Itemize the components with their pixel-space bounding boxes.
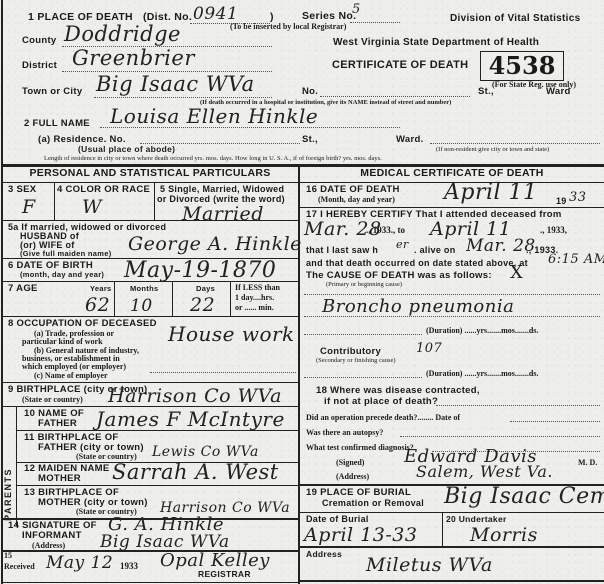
death-certificate: 1 PLACE OF DEATH (Dist. No. 0941 ) Serie… — [0, 0, 604, 584]
town-label: Town or City — [22, 86, 82, 97]
inserted-note: (To be inserted by local Registrar) — [230, 22, 346, 31]
date-of-death: April 11 — [444, 180, 538, 205]
certificate-title: CERTIFICATE OF DEATH — [332, 59, 468, 71]
contributory-value: 107 — [416, 341, 442, 356]
sex-value: F — [22, 196, 36, 218]
undertaker-address: Miletus WVa — [366, 554, 493, 576]
father-birthplace-value: Lewis Co WVa — [152, 444, 259, 460]
spouse-value: George A. Hinkle — [128, 233, 302, 255]
town-value: Big Isaac WVa — [96, 72, 255, 96]
certificate-number: 4538 — [480, 51, 564, 81]
race-value: W — [82, 196, 102, 218]
occupation-value: House work — [168, 322, 295, 346]
received-date: May 12 — [46, 553, 113, 573]
cause-of-death: Broncho pneumonia — [322, 296, 514, 317]
medical-section-title: MEDICAL CERTIFICATE OF DEATH — [300, 167, 604, 179]
dob-value: May-19-1870 — [124, 258, 276, 283]
cause-mark: X — [510, 262, 523, 283]
birthplace-value: Harrison Co WVa — [108, 385, 282, 407]
registrar-name: Opal Kelley — [160, 550, 270, 571]
burial-date: April 13-33 — [304, 524, 417, 546]
father-value: James F McIntyre — [96, 407, 285, 431]
mother-value: Sarrah A. West — [112, 460, 279, 484]
division-label: Division of Vital Statistics — [450, 13, 580, 24]
series-label: Series No. — [302, 10, 356, 22]
personal-section-title: PERSONAL AND STATISTICAL PARTICULARS — [2, 167, 298, 179]
date-of-death-year: 33 — [569, 190, 587, 205]
last-saw-pronoun: er — [396, 238, 409, 251]
county-value: Doddridge — [64, 22, 181, 46]
district-label: District — [22, 60, 57, 71]
informant-address: Big Isaac WVa — [100, 532, 230, 552]
district-value: Greenbrier — [72, 46, 195, 70]
county-label: County — [22, 35, 57, 46]
marital-value: Married — [182, 203, 264, 225]
death-time: 6:15 AM. — [548, 252, 604, 267]
dist-no-value: 0941 — [193, 4, 238, 24]
age-years: 62 — [85, 294, 110, 316]
parents-label: PARENTS — [3, 468, 15, 521]
full-name-value: Louisa Ellen Hinkle — [110, 104, 318, 128]
age-months: 10 — [130, 296, 153, 316]
physician-address: Salem, West Va. — [416, 462, 553, 481]
full-name-label: 2 FULL NAME — [24, 118, 90, 129]
burial-place: Big Isaac Cem — [444, 484, 604, 509]
department-label: West Virginia State Department of Health — [333, 37, 539, 48]
series-value: 5 — [352, 2, 361, 17]
age-days: 22 — [190, 294, 215, 316]
undertaker-value: Morris — [470, 524, 538, 546]
